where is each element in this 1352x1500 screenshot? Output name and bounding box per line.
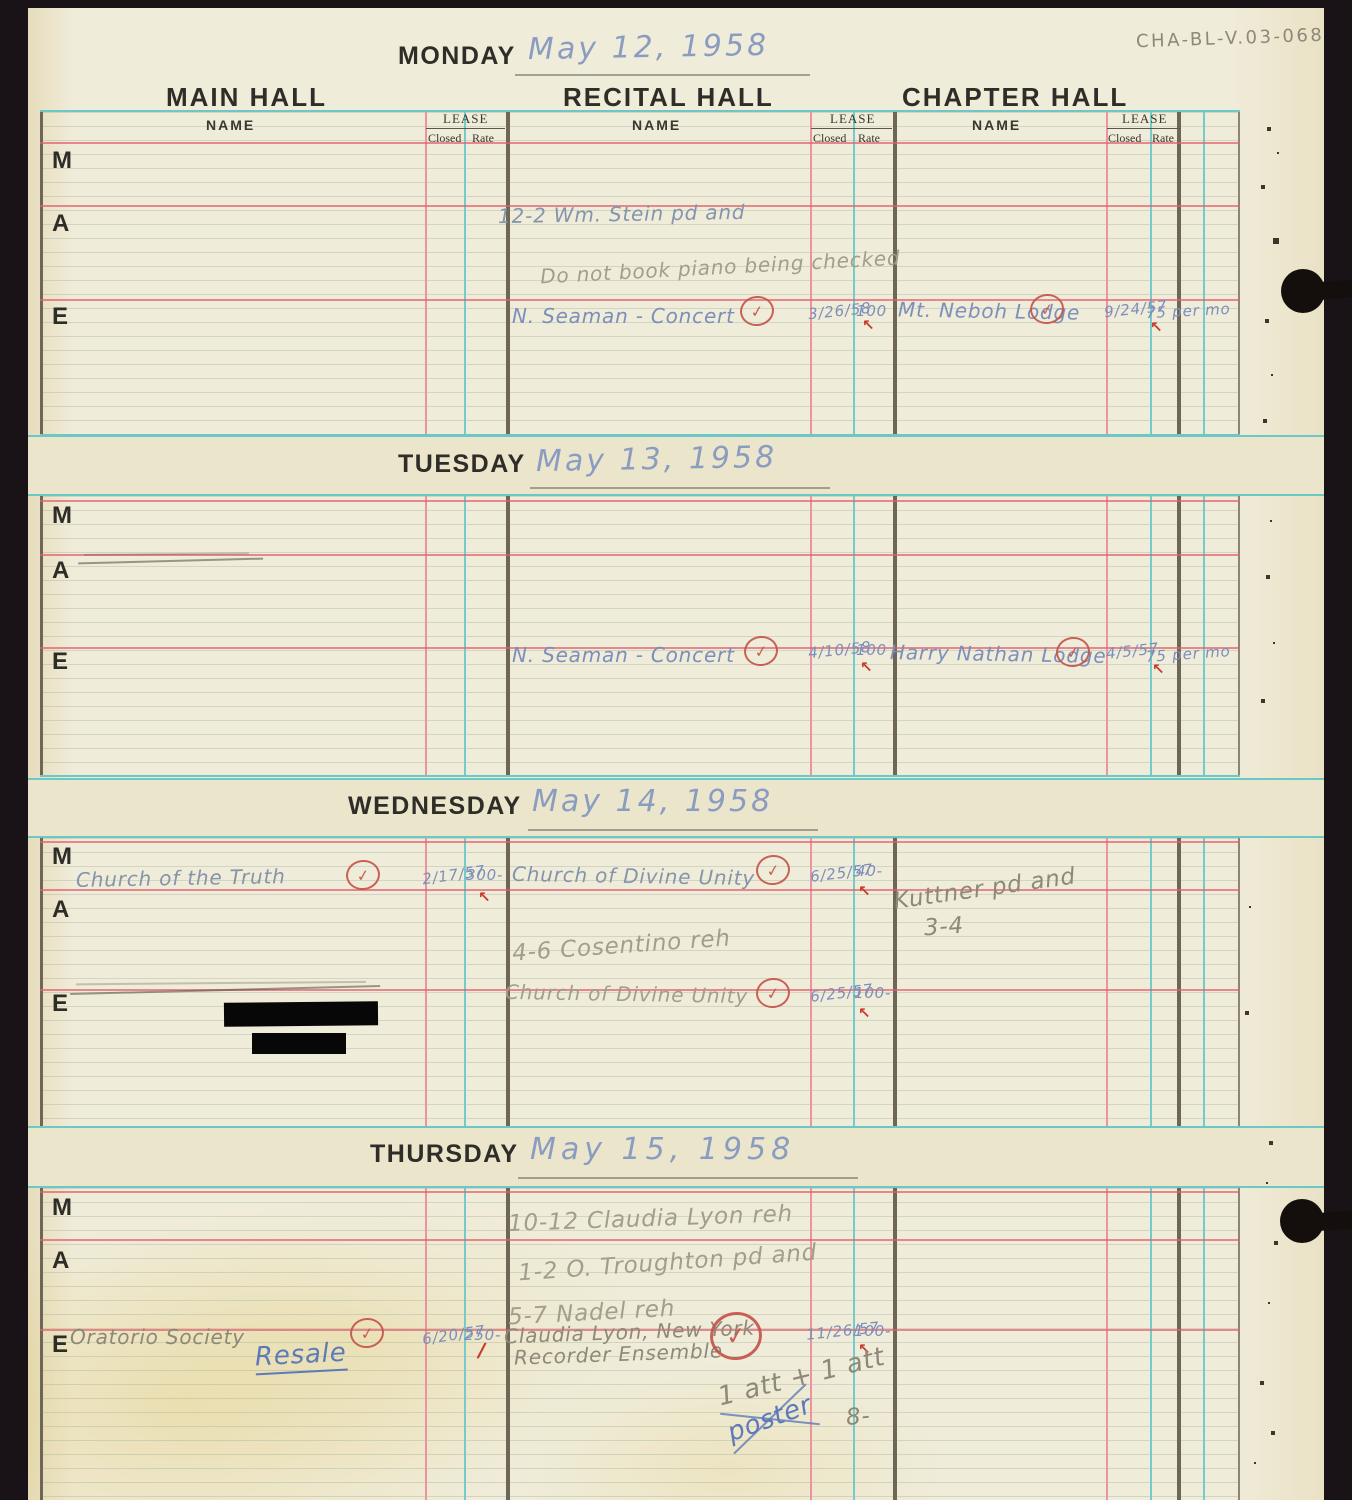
ledger-table-thursday (40, 1186, 1240, 1500)
redaction-bar (224, 1001, 378, 1027)
lease-header-underline (811, 128, 892, 129)
row-separator-line (40, 1239, 1240, 1241)
row-separator-line (40, 647, 1240, 649)
punch-hole-tear (1314, 280, 1352, 301)
ledger-table-monday (40, 110, 1240, 436)
lease-column-header: LEASE (1122, 111, 1167, 127)
row-separator-line (40, 1191, 1240, 1193)
rate-column-header: Rate (858, 131, 880, 146)
day-name-wednesday: WEDNESDAY (348, 792, 522, 821)
row-separator-line (40, 142, 1240, 144)
redaction-bar (252, 1033, 346, 1054)
row-separator-line (40, 299, 1240, 301)
name-column-header: NAME (206, 117, 255, 133)
row-separator-line (40, 1329, 1240, 1331)
date-underline (530, 487, 830, 489)
row-separator-line (40, 554, 1240, 556)
rate-column-header: Rate (1152, 131, 1174, 146)
closed-column-header: Closed (428, 131, 461, 146)
day-name-thursday: THURSDAY (370, 1140, 519, 1169)
day-date-monday: May 12, 1958 (528, 28, 770, 67)
closed-column-header: Closed (813, 131, 846, 146)
hall-title-main: MAIN HALL (166, 82, 327, 113)
date-underline (528, 829, 818, 831)
day-date-wednesday: May 14, 1958 (532, 784, 773, 819)
date-underline (518, 1177, 858, 1179)
lease-column-header: LEASE (830, 111, 875, 127)
row-separator-line (40, 989, 1240, 991)
lease-column-header: LEASE (443, 111, 488, 127)
row-separator-line (40, 500, 1240, 502)
lease-header-underline (426, 128, 505, 129)
hall-title-recital: RECITAL HALL (563, 82, 774, 113)
rate-column-header: Rate (472, 131, 494, 146)
hall-title-chapter: CHAPTER HALL (902, 82, 1128, 113)
row-separator-line (40, 205, 1240, 207)
row-separator-line (40, 889, 1240, 891)
day-date-tuesday: May 13, 1958 (536, 440, 778, 479)
ledger-table-tuesday (40, 494, 1240, 777)
ledger-table-wednesday (40, 836, 1240, 1128)
name-column-header: NAME (632, 117, 681, 133)
punch-hole-tear (1313, 1211, 1352, 1232)
name-column-header: NAME (972, 117, 1021, 133)
day-date-thursday: May 15, 1958 (530, 1132, 795, 1167)
margin-specks (0, 0, 2, 2)
day-name-tuesday: TUESDAY (398, 450, 526, 479)
lease-header-underline (1107, 128, 1181, 129)
row-separator-line (40, 841, 1240, 843)
closed-column-header: Closed (1108, 131, 1141, 146)
date-underline (515, 74, 810, 76)
day-name-monday: MONDAY (398, 42, 516, 71)
